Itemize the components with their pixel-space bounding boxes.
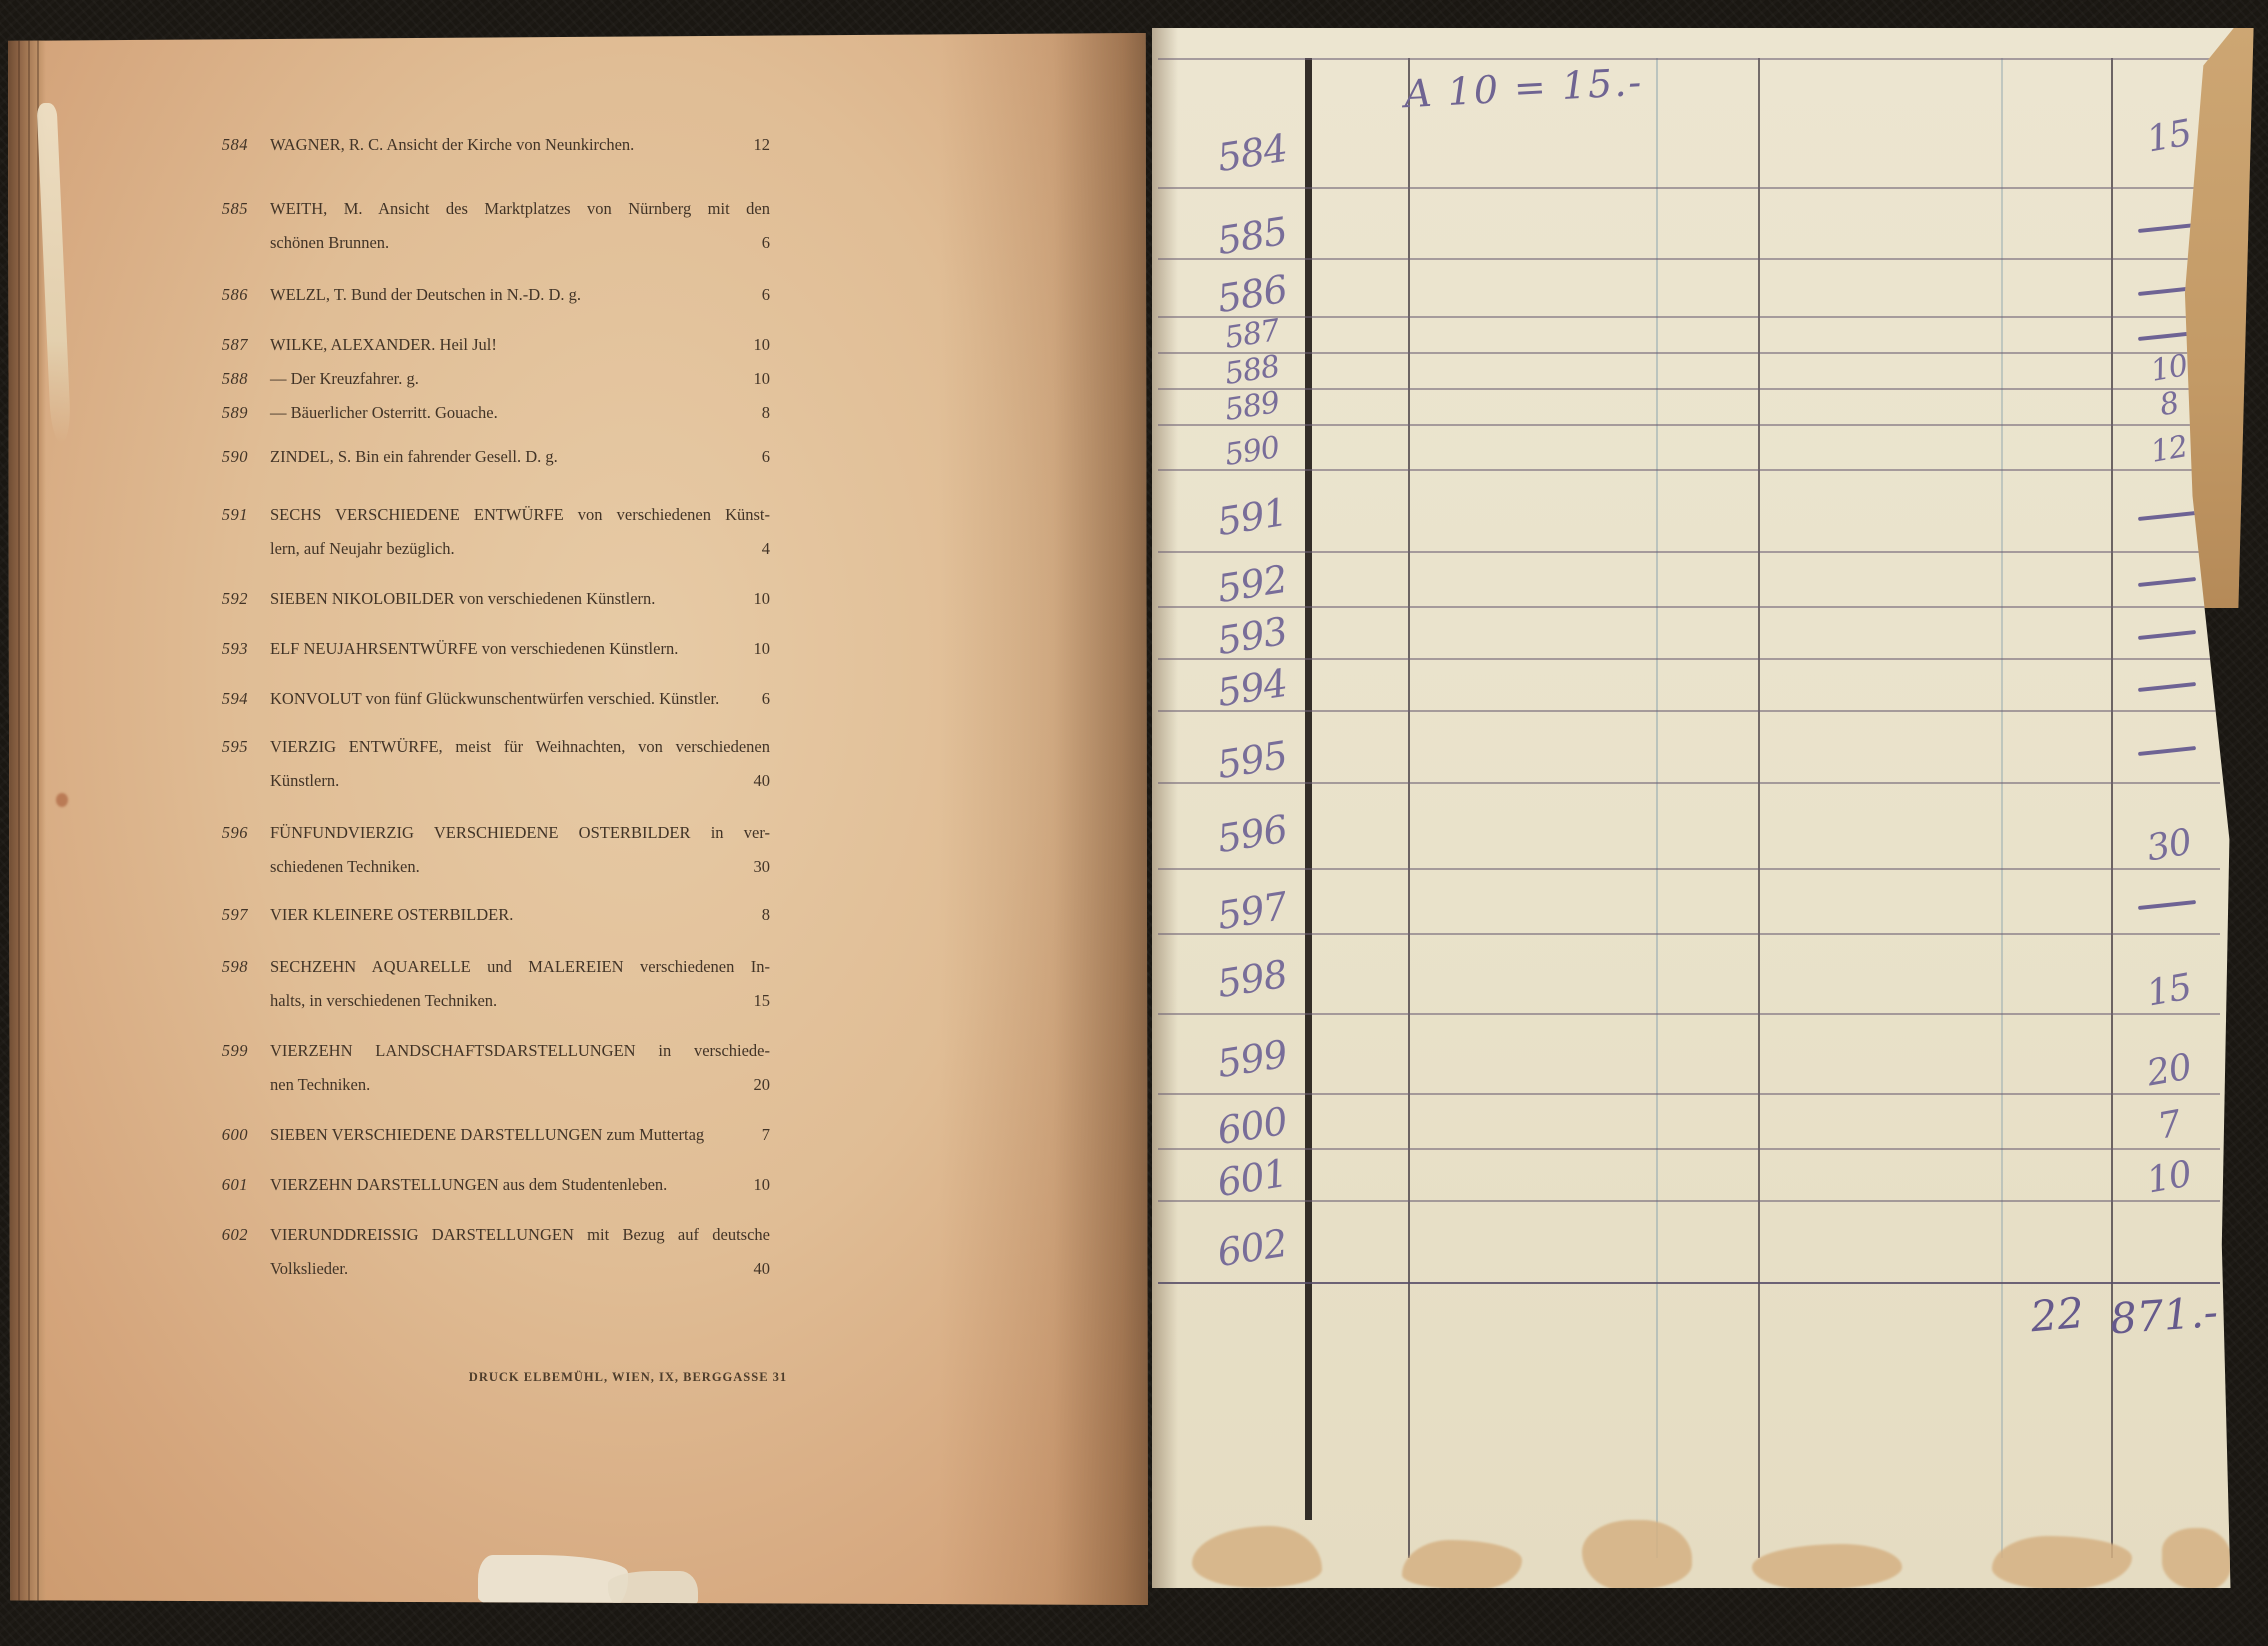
catalog-entry-text: KONVOLUT von fünf Glückwunschentwürfen v… bbox=[270, 682, 770, 716]
ledger-row: 598 15 bbox=[1152, 933, 2237, 1013]
catalog-entry-text: FÜNFUNDVIERZIG VERSCHIEDENE OSTERBILDER … bbox=[270, 816, 770, 884]
ledger-row: 591 bbox=[1152, 469, 2237, 551]
catalog-entry: 595 VIERZIG ENTWÜRFE, meist für Weihnach… bbox=[184, 730, 784, 798]
entry-price: 6 bbox=[734, 226, 770, 260]
ledger-row: 601 10 bbox=[1152, 1148, 2237, 1200]
catalog-entry-line: SIEBEN NIKOLOBILDER von verschiedenen Kü… bbox=[270, 582, 770, 616]
water-stain bbox=[1992, 1536, 2132, 1590]
entry-text: WEITH, M. Ansicht des Marktplatzes von N… bbox=[270, 192, 770, 226]
entry-text: nen Techniken. bbox=[270, 1068, 370, 1102]
entry-text: halts, in verschiedenen Techniken. bbox=[270, 984, 497, 1018]
catalog-lot-number: 600 bbox=[184, 1118, 248, 1152]
entry-price: 6 bbox=[734, 682, 770, 716]
catalog-entry: 587 WILKE, ALEXANDER. Heil Jul!10 bbox=[184, 328, 784, 362]
catalog-lot-number: 592 bbox=[184, 582, 248, 616]
catalog-entry-line: VIERUNDDREISSIG DARSTELLUNGEN mit Bezug … bbox=[270, 1218, 770, 1252]
catalog-lot-number: 590 bbox=[184, 440, 248, 474]
catalog-entry-line: VIERZEHN LANDSCHAFTSDARSTELLUNGEN in ver… bbox=[270, 1034, 770, 1068]
entry-price: 10 bbox=[734, 582, 770, 616]
catalog-entry-text: VIERZEHN LANDSCHAFTSDARSTELLUNGEN in ver… bbox=[270, 1034, 770, 1102]
ledger-row: 584 15 bbox=[1152, 58, 2237, 187]
catalog-entry: 594 KONVOLUT von fünf Glückwunschentwürf… bbox=[184, 682, 784, 716]
handwritten-total-count: 22 bbox=[1986, 1288, 2086, 1345]
water-stain bbox=[1402, 1540, 1522, 1590]
ledger-row: 597 bbox=[1152, 868, 2237, 933]
water-stain bbox=[1752, 1544, 1902, 1590]
catalog-lot-number: 593 bbox=[184, 632, 248, 666]
ledger-row: 585 bbox=[1152, 187, 2237, 258]
ledger-row: 596 30 bbox=[1152, 782, 2237, 868]
catalog-entry-text: — Bäuerlicher Osterritt. Gouache.8 bbox=[270, 396, 770, 430]
catalog-lot-number: 595 bbox=[184, 730, 248, 764]
catalog-entry: 589 — Bäuerlicher Osterritt. Gouache.8 bbox=[184, 396, 784, 430]
handwritten-lot-number: 591 bbox=[1183, 485, 1320, 549]
entry-price: 10 bbox=[734, 328, 770, 362]
entry-text: SIEBEN NIKOLOBILDER von verschiedenen Kü… bbox=[270, 582, 655, 616]
entry-price: 4 bbox=[734, 532, 770, 566]
entry-text: VIERZEHN DARSTELLUNGEN aus dem Studenten… bbox=[270, 1168, 667, 1202]
catalog-entry-text: VIERZIG ENTWÜRFE, meist für Weihnachten,… bbox=[270, 730, 770, 798]
catalog-entry-text: SIEBEN NIKOLOBILDER von verschiedenen Kü… bbox=[270, 582, 770, 616]
ledger-row: 602 bbox=[1152, 1200, 2237, 1282]
catalog-entry-text: VIERZEHN DARSTELLUNGEN aus dem Studenten… bbox=[270, 1168, 770, 1202]
entry-text: Künstlern. bbox=[270, 764, 339, 798]
catalog-lot-number: 584 bbox=[184, 128, 248, 162]
entry-price: 10 bbox=[734, 1168, 770, 1202]
catalog-entry: 586 WELZL, T. Bund der Deutschen in N.-D… bbox=[184, 278, 784, 312]
handwritten-dash bbox=[2138, 682, 2196, 692]
catalog-entry-line: FÜNFUNDVIERZIG VERSCHIEDENE OSTERBILDER … bbox=[270, 816, 770, 850]
catalog-page: 584 WAGNER, R. C. Ansicht der Kirche von… bbox=[8, 33, 1148, 1605]
catalog-entry-text: SECHS VERSCHIEDENE ENTWÜRFE von verschie… bbox=[270, 498, 770, 566]
catalog-entry-line: WAGNER, R. C. Ansicht der Kirche von Neu… bbox=[270, 128, 770, 162]
catalog-entry: 592 SIEBEN NIKOLOBILDER von verschiedene… bbox=[184, 582, 784, 616]
catalog-entry-text: VIER KLEINERE OSTERBILDER.8 bbox=[270, 898, 770, 932]
catalog-entry-line: SIEBEN VERSCHIEDENE DARSTELLUNGEN zum Mu… bbox=[270, 1118, 770, 1152]
catalog-lot-number: 587 bbox=[184, 328, 248, 362]
handwritten-dash bbox=[2138, 577, 2196, 587]
catalog-entry-line: WELZL, T. Bund der Deutschen in N.-D. D.… bbox=[270, 278, 770, 312]
entry-text: — Der Kreuzfahrer. g. bbox=[270, 362, 419, 396]
entry-price: 40 bbox=[734, 764, 770, 798]
handwritten-dash bbox=[2138, 746, 2196, 756]
catalog-entry-line: VIER KLEINERE OSTERBILDER.8 bbox=[270, 898, 770, 932]
catalog-entry: 601 VIERZEHN DARSTELLUNGEN aus dem Stude… bbox=[184, 1168, 784, 1202]
catalog-entry-line: WILKE, ALEXANDER. Heil Jul!10 bbox=[270, 328, 770, 362]
catalog-entry-text: WILKE, ALEXANDER. Heil Jul!10 bbox=[270, 328, 770, 362]
ledger-row: 600 7 bbox=[1152, 1093, 2237, 1148]
catalog-entry-line: — Der Kreuzfahrer. g.10 bbox=[270, 362, 770, 396]
catalog-entry-line: schönen Brunnen.6 bbox=[270, 226, 770, 260]
catalog-entry: 598 SECHZEHN AQUARELLE und MALEREIEN ver… bbox=[184, 950, 784, 1018]
catalog-entry-line: ZINDEL, S. Bin ein fahrender Gesell. D. … bbox=[270, 440, 770, 474]
catalog-entry-line: schiedenen Techniken.30 bbox=[270, 850, 770, 884]
entry-text: FÜNFUNDVIERZIG VERSCHIEDENE OSTERBILDER … bbox=[270, 816, 770, 850]
catalog-lot-number: 601 bbox=[184, 1168, 248, 1202]
ledger-row: 595 bbox=[1152, 710, 2237, 782]
catalog-entry: 585 WEITH, M. Ansicht des Marktplatzes v… bbox=[184, 192, 784, 260]
gutter-shadow bbox=[938, 33, 1148, 1605]
catalog-entry-line: VIERZIG ENTWÜRFE, meist für Weihnachten,… bbox=[270, 730, 770, 764]
catalog-lot-number: 597 bbox=[184, 898, 248, 932]
catalog-entry-line: halts, in verschiedenen Techniken.15 bbox=[270, 984, 770, 1018]
handwritten-lot-number: 599 bbox=[1183, 1027, 1320, 1091]
entry-text: SECHZEHN AQUARELLE und MALEREIEN verschi… bbox=[270, 950, 770, 984]
entry-price: 10 bbox=[734, 362, 770, 396]
entry-price: 6 bbox=[734, 278, 770, 312]
catalog-entry: 602 VIERUNDDREISSIG DARSTELLUNGEN mit Be… bbox=[184, 1218, 784, 1286]
catalog-entry: 597 VIER KLEINERE OSTERBILDER.8 bbox=[184, 898, 784, 932]
entry-text: VIERZEHN LANDSCHAFTSDARSTELLUNGEN in ver… bbox=[270, 1034, 770, 1068]
entry-text: ELF NEUJAHRSENTWÜRFE von verschiedenen K… bbox=[270, 632, 678, 666]
ledger-row: 589 8 bbox=[1152, 388, 2237, 424]
handwritten-dash bbox=[2138, 900, 2196, 910]
handwritten-lot-number: 598 bbox=[1183, 947, 1320, 1011]
catalog-entry-text: WAGNER, R. C. Ansicht der Kirche von Neu… bbox=[270, 128, 770, 162]
catalog-entry-text: WEITH, M. Ansicht des Marktplatzes von N… bbox=[270, 192, 770, 260]
catalog-entry-text: SIEBEN VERSCHIEDENE DARSTELLUNGEN zum Mu… bbox=[270, 1118, 770, 1152]
catalog-lot-number: 599 bbox=[184, 1034, 248, 1068]
catalog-entry-text: WELZL, T. Bund der Deutschen in N.-D. D.… bbox=[270, 278, 770, 312]
handwritten-lot-number: 584 bbox=[1183, 121, 1320, 185]
catalog-lot-number: 594 bbox=[184, 682, 248, 716]
handwritten-dash bbox=[2138, 511, 2196, 521]
water-stain bbox=[2162, 1528, 2232, 1590]
entry-text: lern, auf Neujahr bezüglich. bbox=[270, 532, 455, 566]
catalog-entry-text: VIERUNDDREISSIG DARSTELLUNGEN mit Bezug … bbox=[270, 1218, 770, 1286]
entry-price: 12 bbox=[734, 128, 770, 162]
catalog-lot-number: 596 bbox=[184, 816, 248, 850]
entry-text: VIERUNDDREISSIG DARSTELLUNGEN mit Bezug … bbox=[270, 1218, 770, 1252]
catalog-entry: 600 SIEBEN VERSCHIEDENE DARSTELLUNGEN zu… bbox=[184, 1118, 784, 1152]
entry-text: VIERZIG ENTWÜRFE, meist für Weihnachten,… bbox=[270, 730, 770, 764]
catalog-entry-text: — Der Kreuzfahrer. g.10 bbox=[270, 362, 770, 396]
entry-price: 30 bbox=[734, 850, 770, 884]
catalog-entry-line: KONVOLUT von fünf Glückwunschentwürfen v… bbox=[270, 682, 770, 716]
catalog-entry-text: ZINDEL, S. Bin ein fahrender Gesell. D. … bbox=[270, 440, 770, 474]
catalog-lot-number: 591 bbox=[184, 498, 248, 532]
ledger-rule bbox=[1158, 1282, 2220, 1284]
entry-text: SECHS VERSCHIEDENE ENTWÜRFE von verschie… bbox=[270, 498, 770, 532]
entry-price: 40 bbox=[734, 1252, 770, 1286]
entry-text: ZINDEL, S. Bin ein fahrender Gesell. D. … bbox=[270, 440, 558, 474]
entry-text: WELZL, T. Bund der Deutschen in N.-D. D.… bbox=[270, 278, 581, 312]
catalog-entry: 588 — Der Kreuzfahrer. g.10 bbox=[184, 362, 784, 396]
entry-text: WILKE, ALEXANDER. Heil Jul! bbox=[270, 328, 497, 362]
handwritten-dash bbox=[2138, 630, 2196, 640]
ledger-page: 584 15 585 586 587 588 10 589 8 590 12 5… bbox=[1152, 28, 2237, 1588]
catalog-lot-number: 589 bbox=[184, 396, 248, 430]
catalog-entry-text: SECHZEHN AQUARELLE und MALEREIEN verschi… bbox=[270, 950, 770, 1018]
catalog-lot-number: 585 bbox=[184, 192, 248, 226]
catalog-entry-line: WEITH, M. Ansicht des Marktplatzes von N… bbox=[270, 192, 770, 226]
catalog-entry: 599 VIERZEHN LANDSCHAFTSDARSTELLUNGEN in… bbox=[184, 1034, 784, 1102]
handwritten-dash bbox=[2138, 223, 2196, 233]
entry-price: 7 bbox=[734, 1118, 770, 1152]
entry-text: KONVOLUT von fünf Glückwunschentwürfen v… bbox=[270, 682, 719, 716]
catalog-lot-number: 588 bbox=[184, 362, 248, 396]
catalog-entry: 596 FÜNFUNDVIERZIG VERSCHIEDENE OSTERBIL… bbox=[184, 816, 784, 884]
catalog-entry-line: SECHS VERSCHIEDENE ENTWÜRFE von verschie… bbox=[270, 498, 770, 532]
catalog-entry-line: nen Techniken.20 bbox=[270, 1068, 770, 1102]
entry-price: 8 bbox=[734, 898, 770, 932]
water-stain bbox=[1582, 1520, 1692, 1590]
book-spread-scan: { "catalog": { "entries": [ {"lot":"584"… bbox=[0, 0, 2268, 1646]
catalog-lot-number: 598 bbox=[184, 950, 248, 984]
catalog-lot-number: 586 bbox=[184, 278, 248, 312]
ledger-row: 594 bbox=[1152, 658, 2237, 710]
entry-text: schiedenen Techniken. bbox=[270, 850, 420, 884]
entry-text: Volkslieder. bbox=[270, 1252, 348, 1286]
catalog-entry-line: lern, auf Neujahr bezüglich.4 bbox=[270, 532, 770, 566]
entry-text: VIER KLEINERE OSTERBILDER. bbox=[270, 898, 513, 932]
catalog-entry-text: ELF NEUJAHRSENTWÜRFE von verschiedenen K… bbox=[270, 632, 770, 666]
ledger-row: 593 bbox=[1152, 606, 2237, 658]
entry-price: 10 bbox=[734, 632, 770, 666]
ledger-row: 590 12 bbox=[1152, 424, 2237, 469]
catalog-entry-line: ELF NEUJAHRSENTWÜRFE von verschiedenen K… bbox=[270, 632, 770, 666]
water-stain bbox=[1192, 1526, 1322, 1588]
ledger-row: 586 bbox=[1152, 258, 2237, 316]
catalog-lot-number: 602 bbox=[184, 1218, 248, 1252]
catalog-entry: 590 ZINDEL, S. Bin ein fahrender Gesell.… bbox=[184, 440, 784, 474]
ledger-row: 592 bbox=[1152, 551, 2237, 606]
entry-price: 8 bbox=[734, 396, 770, 430]
entry-price: 20 bbox=[734, 1068, 770, 1102]
entry-text: WAGNER, R. C. Ansicht der Kirche von Neu… bbox=[270, 128, 634, 162]
entry-text: SIEBEN VERSCHIEDENE DARSTELLUNGEN zum Mu… bbox=[270, 1118, 704, 1152]
catalog-entry: 591 SECHS VERSCHIEDENE ENTWÜRFE von vers… bbox=[184, 498, 784, 566]
handwritten-total-amount: 871.- bbox=[2108, 1286, 2241, 1344]
catalog-entry-line: SECHZEHN AQUARELLE und MALEREIEN verschi… bbox=[270, 950, 770, 984]
catalog-entry: 593 ELF NEUJAHRSENTWÜRFE von verschieden… bbox=[184, 632, 784, 666]
entry-price: 6 bbox=[734, 440, 770, 474]
entry-text: — Bäuerlicher Osterritt. Gouache. bbox=[270, 396, 498, 430]
catalog-entry-line: VIERZEHN DARSTELLUNGEN aus dem Studenten… bbox=[270, 1168, 770, 1202]
ledger-row: 599 20 bbox=[1152, 1013, 2237, 1093]
entry-price: 15 bbox=[734, 984, 770, 1018]
catalog-entry: 584 WAGNER, R. C. Ansicht der Kirche von… bbox=[184, 128, 784, 162]
catalog-entry-line: — Bäuerlicher Osterritt. Gouache.8 bbox=[270, 396, 770, 430]
entry-text: schönen Brunnen. bbox=[270, 226, 389, 260]
handwritten-lot-number: 602 bbox=[1183, 1216, 1320, 1280]
printer-imprint: DRUCK ELBEMÜHL, WIEN, IX, BERGGASSE 31 bbox=[208, 1370, 1048, 1385]
catalog-entry-line: Volkslieder.40 bbox=[270, 1252, 770, 1286]
catalog-entry-line: Künstlern.40 bbox=[270, 764, 770, 798]
handwritten-lot-number: 596 bbox=[1183, 802, 1320, 866]
